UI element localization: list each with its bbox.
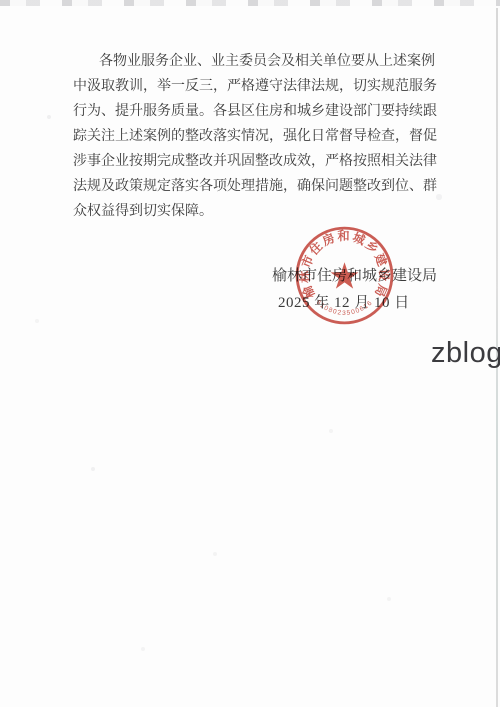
paper-speckles — [0, 0, 2, 2]
paragraph-line: 行为、提升服务质量。各县区住房和城乡建设部门要持续跟 — [73, 99, 445, 124]
scanned-document-page: 各物业服务企业、业主委员会及相关单位要从上述案例 中汲取教训，举一反三，严格遵守… — [0, 0, 500, 707]
document-body: 各物业服务企业、业主委员会及相关单位要从上述案例 中汲取教训，举一反三，严格遵守… — [73, 49, 445, 224]
paragraph-line: 涉事企业按期完成整改并巩固整改成效，严格按照相关法律 — [73, 149, 445, 174]
paragraph-line: 法规及政策规定落实各项处理措施，确保问题整改到位、群 — [73, 174, 445, 199]
star-icon: ★ — [328, 255, 361, 298]
paragraph-line: 踪关注上述案例的整改落实情况，强化日常督导检查，督促 — [73, 124, 445, 149]
seal-code-number: 6108023500616 — [315, 299, 375, 317]
scan-edge-artifact-top — [0, 0, 500, 6]
watermark: zblog — [431, 337, 500, 370]
official-seal: 榆林市住房和城乡建设局 ★ 6108023500616 — [284, 215, 405, 336]
paragraph-line: 各物业服务企业、业主委员会及相关单位要从上述案例 — [73, 49, 445, 74]
paragraph-line: 中汲取教训，举一反三，严格遵守法律法规，切实规范服务 — [73, 74, 445, 99]
